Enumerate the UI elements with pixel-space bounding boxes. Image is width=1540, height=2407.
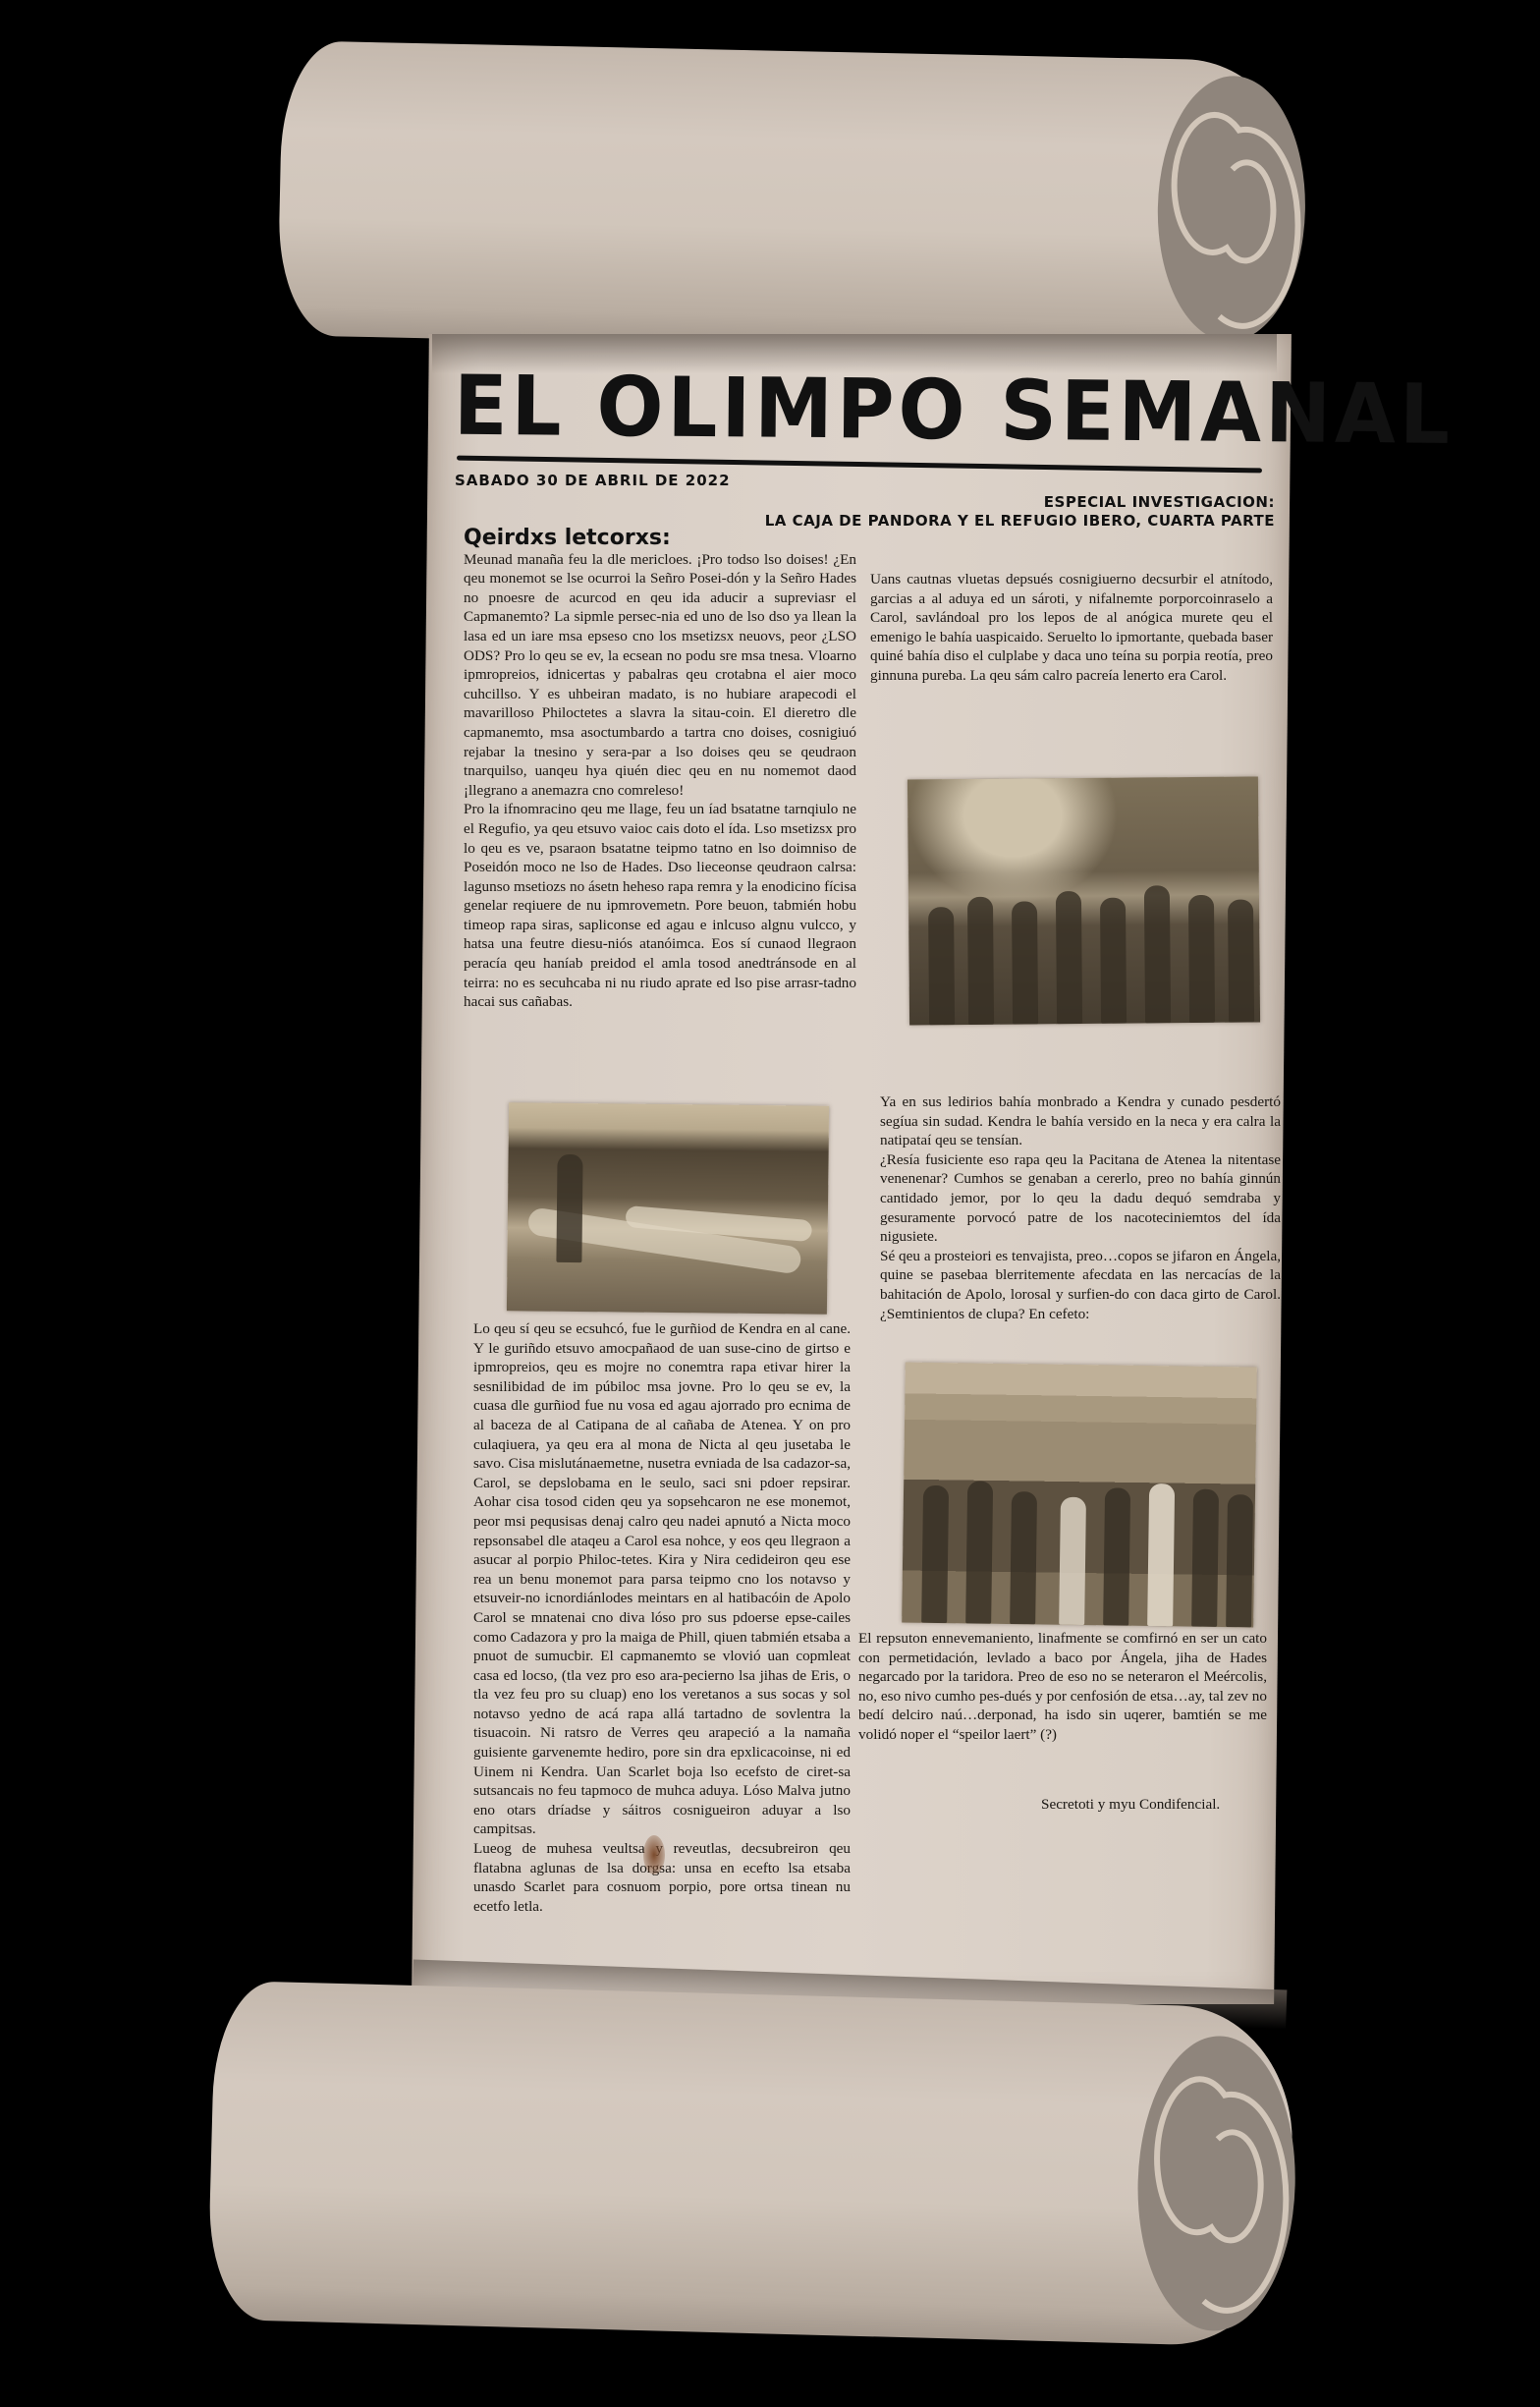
article-right-middle: Ya en sus ledirios bahía monbrado a Kend…: [880, 1092, 1281, 1323]
special-label: ESPECIAL INVESTIGACION:: [765, 493, 1275, 512]
paragraph: Ya en sus ledirios bahía monbrado a Kend…: [880, 1092, 1281, 1150]
article-left-top: Qeirdxs letcorxs: Meunad manaña feu la d…: [464, 529, 856, 1012]
article-left-lower: Lo qeu sí qeu se ecsuhcó, fue le gurñiod…: [473, 1319, 851, 1916]
article-right-top: Uans cautnas vluetas depsués cosnigiuern…: [870, 570, 1273, 686]
spiral-icon: [1134, 2034, 1299, 2332]
scroll-top-roll: [277, 40, 1304, 357]
paragraph: Sé qeu a prosteiori es tenvajista, preo……: [880, 1247, 1281, 1323]
paragraph: ¿Resía fusiciente eso rapa qeu la Pacita…: [880, 1150, 1281, 1247]
spiral-icon: [1155, 75, 1308, 343]
photo-kayaks-river: [507, 1102, 829, 1314]
photo-forest-group: [907, 776, 1260, 1025]
article-right-bottom: El repsuton ennevemaniento, linafmente s…: [858, 1629, 1267, 1745]
paragraph: Lo qeu sí qeu se ecsuhcó, fue le gurñiod…: [473, 1319, 851, 1839]
newspaper-title: EL OLIMPO SEMANAL: [454, 358, 1270, 461]
signoff: Secretoti y myu Condifencial.: [1041, 1796, 1220, 1814]
issue-date: SABADO 30 DE ABRIL DE 2022: [455, 472, 731, 489]
greeting-heading: Qeirdxs letcorxs:: [464, 529, 856, 548]
paragraph: Pro la ifnomracino qeu me llage, feu un …: [464, 800, 856, 1012]
photo-costume-party: [902, 1363, 1257, 1628]
special-investigation: ESPECIAL INVESTIGACION: LA CAJA DE PANDO…: [765, 493, 1275, 531]
scroll-bottom-roll: [207, 1981, 1296, 2348]
paragraph: Meunad manaña feu la dle mericloes. ¡Pro…: [464, 550, 856, 801]
paragraph: El repsuton ennevemaniento, linafmente s…: [858, 1629, 1267, 1745]
paragraph: Uans cautnas vluetas depsués cosnigiuern…: [870, 570, 1273, 686]
paper-stain: [643, 1835, 665, 1875]
